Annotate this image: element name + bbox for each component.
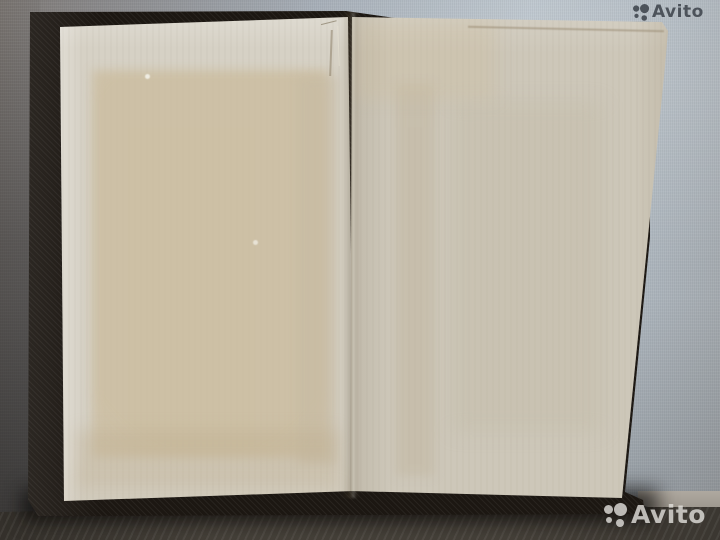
book-gutter-crease <box>340 12 360 498</box>
left-page-hinge-strip <box>298 76 338 464</box>
logo-dot <box>640 4 649 13</box>
logo-dot <box>633 5 639 11</box>
right-endpaper-page <box>348 14 670 506</box>
logo-dot <box>641 15 647 21</box>
left-page-bottom-toning <box>76 430 340 488</box>
avito-logo-icon <box>604 503 628 529</box>
left-endpaper-page <box>56 14 356 504</box>
logo-dot <box>604 505 613 514</box>
logo-dot <box>616 519 624 527</box>
avito-watermark-bottom-right: Avito <box>604 497 714 535</box>
avito-watermark-top-right: Avito <box>633 2 719 22</box>
right-page-top-toning <box>356 20 496 100</box>
under-sheet-edge-line <box>468 26 664 32</box>
avito-logo-icon <box>633 4 650 22</box>
logo-dot <box>614 503 627 516</box>
avito-watermark-label: Avito <box>652 2 704 22</box>
left-page-toned-rectangle <box>92 70 328 458</box>
paper-speck <box>253 240 258 245</box>
logo-dot <box>634 14 638 18</box>
right-page-hinge-strip <box>396 84 434 476</box>
photo: Avito Avito <box>0 0 720 540</box>
right-page-ghost-rectangle <box>452 102 602 432</box>
logo-dot <box>606 517 612 523</box>
avito-watermark-label: Avito <box>631 500 706 529</box>
paper-speck <box>145 74 150 79</box>
